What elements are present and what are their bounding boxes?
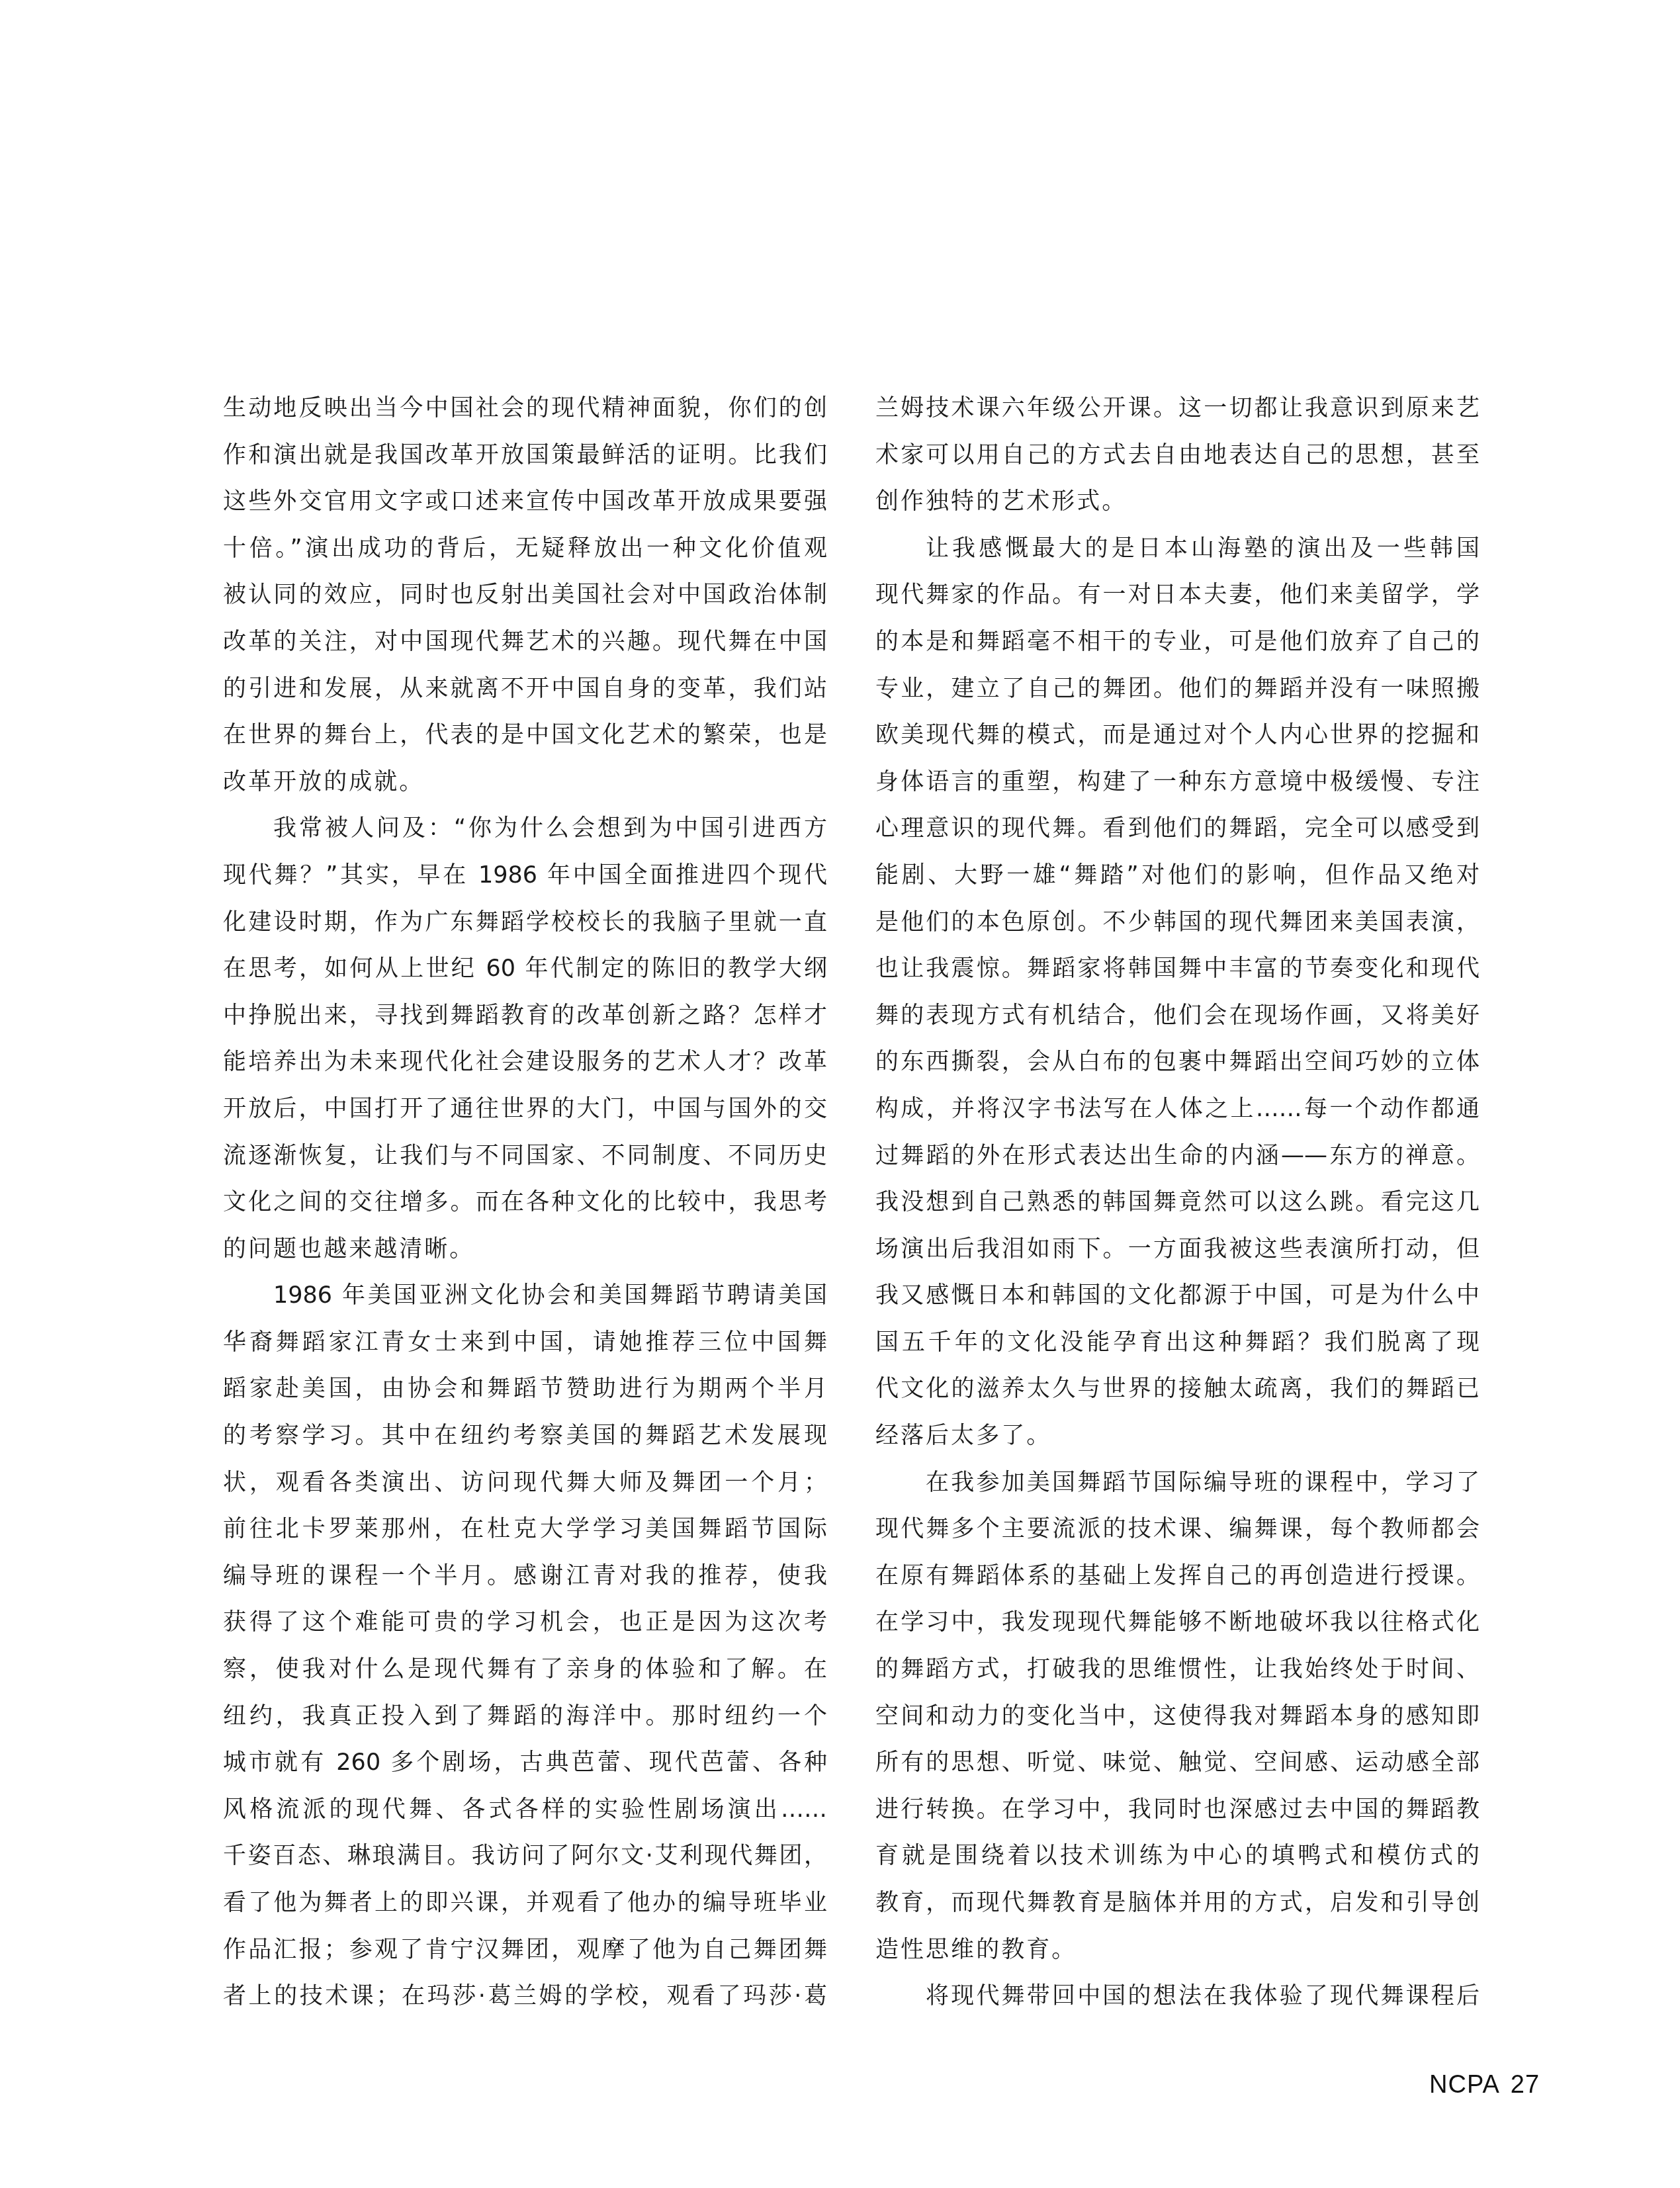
text-line: 过舞蹈的外在形式表达出生命的内涵——东方的禅意。	[875, 1133, 1480, 1180]
text-line: 流逐渐恢复，让我们与不同国家、不同制度、不同历史	[223, 1133, 827, 1180]
publication-name: NCPA	[1429, 2071, 1500, 2099]
text-line: 空间和动力的变化当中，这使得我对舞蹈本身的感知即	[875, 1693, 1480, 1740]
text-line: 的引进和发展，从来就离不开中国自身的变革，我们站	[223, 666, 827, 713]
text-line: 能剧、大野一雄“舞踏”对他们的影响，但作品又绝对	[875, 852, 1480, 899]
text-line: 的舞蹈方式，打破我的思维惯性，让我始终处于时间、	[875, 1646, 1480, 1693]
page-footer: NCPA27	[1429, 2071, 1540, 2099]
text-line: 编导班的课程一个半月。感谢江青对我的推荐，使我	[223, 1553, 827, 1600]
text-line: 国五千年的文化没能孕育出这种舞蹈？我们脱离了现	[875, 1319, 1480, 1366]
text-line: 化建设时期，作为广东舞蹈学校校长的我脑子里就一直	[223, 899, 827, 946]
text-line: 心理意识的现代舞。看到他们的舞蹈，完全可以感受到	[875, 805, 1480, 852]
text-line: 专业，建立了自己的舞团。他们的舞蹈并没有一味照搬	[875, 666, 1480, 713]
text-line: 现代舞家的作品。有一对日本夫妻，他们来美留学，学	[875, 572, 1480, 619]
text-line: 1986 年美国亚洲文化协会和美国舞蹈节聘请美国	[223, 1272, 827, 1319]
article-column-left: 生动地反映出当今中国社会的现代精神面貌，你们的创作和演出就是我国改革开放国策最鲜…	[223, 385, 827, 2020]
text-line: 代文化的滋养太久与世界的接触太疏离，我们的舞蹈已	[875, 1366, 1480, 1413]
text-line: 在世界的舞台上，代表的是中国文化艺术的繁荣，也是	[223, 712, 827, 759]
text-line: 城市就有 260 多个剧场，古典芭蕾、现代芭蕾、各种	[223, 1739, 827, 1786]
text-line: 创作独特的艺术形式。	[875, 478, 1480, 525]
text-line: 造性思维的教育。	[875, 1927, 1480, 1974]
text-line: 能培养出为未来现代化社会建设服务的艺术人才？改革	[223, 1039, 827, 1086]
text-line: 的问题也越来越清晰。	[223, 1226, 827, 1273]
text-line: 开放后，中国打开了通往世界的大门，中国与国外的交	[223, 1086, 827, 1133]
text-line: 身体语言的重塑，构建了一种东方意境中极缓慢、专注	[875, 759, 1480, 806]
text-line: 千姿百态、琳琅满目。我访问了阿尔文·艾利现代舞团，	[223, 1833, 827, 1880]
text-line: 将现代舞带回中国的想法在我体验了现代舞课程后	[875, 1973, 1480, 2020]
text-line: 作品汇报；参观了肯宁汉舞团，观摩了他为自己舞团舞	[223, 1927, 827, 1974]
text-line: 场演出后我泪如雨下。一方面我被这些表演所打动，但	[875, 1226, 1480, 1273]
text-line: 的考察学习。其中在纽约考察美国的舞蹈艺术发展现	[223, 1413, 827, 1460]
text-line: 的本是和舞蹈毫不相干的专业，可是他们放弃了自己的	[875, 619, 1480, 666]
text-line: 育就是围绕着以技术训练为中心的填鸭式和模仿式的	[875, 1833, 1480, 1880]
text-line: 作和演出就是我国改革开放国策最鲜活的证明。比我们	[223, 432, 827, 479]
text-line: 文化之间的交往增多。而在各种文化的比较中，我思考	[223, 1179, 827, 1226]
text-line: 经落后太多了。	[875, 1413, 1480, 1460]
text-line: 我又感慨日本和韩国的文化都源于中国，可是为什么中	[875, 1272, 1480, 1319]
text-line: 所有的思想、听觉、味觉、触觉、空间感、运动感全部	[875, 1739, 1480, 1786]
text-line: 现代舞？”其实，早在 1986 年中国全面推进四个现代	[223, 852, 827, 899]
text-line: 让我感慨最大的是日本山海塾的演出及一些韩国	[875, 525, 1480, 572]
text-line: 看了他为舞者上的即兴课，并观看了他办的编导班毕业	[223, 1880, 827, 1927]
text-line: 改革开放的成就。	[223, 759, 827, 806]
text-line: 在原有舞蹈体系的基础上发挥自己的再创造进行授课。	[875, 1553, 1480, 1600]
text-line: 风格流派的现代舞、各式各样的实验性剧场演出……	[223, 1786, 827, 1833]
text-line: 在我参加美国舞蹈节国际编导班的课程中，学习了	[875, 1460, 1480, 1507]
text-line: 是他们的本色原创。不少韩国的现代舞团来美国表演，	[875, 899, 1480, 946]
text-line: 状，观看各类演出、访问现代舞大师及舞团一个月；	[223, 1460, 827, 1507]
text-line: 前往北卡罗莱那州，在杜克大学学习美国舞蹈节国际	[223, 1506, 827, 1553]
text-line: 构成，并将汉字书法写在人体之上……每一个动作都通	[875, 1086, 1480, 1133]
text-line: 华裔舞蹈家江青女士来到中国，请她推荐三位中国舞	[223, 1319, 827, 1366]
text-line: 我没想到自己熟悉的韩国舞竟然可以这么跳。看完这几	[875, 1179, 1480, 1226]
text-line: 察，使我对什么是现代舞有了亲身的体验和了解。在	[223, 1646, 827, 1693]
text-line: 这些外交官用文字或口述来宣传中国改革开放成果要强	[223, 478, 827, 525]
text-line: 舞的表现方式有机结合，他们会在现场作画，又将美好	[875, 992, 1480, 1039]
text-line: 蹈家赴美国，由协会和舞蹈节赞助进行为期两个半月	[223, 1366, 827, 1413]
text-line: 生动地反映出当今中国社会的现代精神面貌，你们的创	[223, 385, 827, 432]
text-line: 在思考，如何从上世纪 60 年代制定的陈旧的教学大纲	[223, 945, 827, 992]
text-line: 中挣脱出来，寻找到舞蹈教育的改革创新之路？怎样才	[223, 992, 827, 1039]
text-line: 兰姆技术课六年级公开课。这一切都让我意识到原来艺	[875, 385, 1480, 432]
text-line: 被认同的效应，同时也反射出美国社会对中国政治体制	[223, 572, 827, 619]
text-line: 十倍。”演出成功的背后，无疑释放出一种文化价值观	[223, 525, 827, 572]
text-line: 进行转换。在学习中，我同时也深感过去中国的舞蹈教	[875, 1786, 1480, 1833]
text-line: 在学习中，我发现现代舞能够不断地破坏我以往格式化	[875, 1599, 1480, 1646]
text-line: 的东西撕裂，会从白布的包裹中舞蹈出空间巧妙的立体	[875, 1039, 1480, 1086]
text-line: 教育，而现代舞教育是脑体并用的方式，启发和引导创	[875, 1880, 1480, 1927]
text-line: 现代舞多个主要流派的技术课、编舞课，每个教师都会	[875, 1506, 1480, 1553]
text-line: 我常被人问及：“你为什么会想到为中国引进西方	[223, 805, 827, 852]
text-line: 获得了这个难能可贵的学习机会，也正是因为这次考	[223, 1599, 827, 1646]
text-line: 改革的关注，对中国现代舞艺术的兴趣。现代舞在中国	[223, 619, 827, 666]
article-column-right: 兰姆技术课六年级公开课。这一切都让我意识到原来艺术家可以用自己的方式去自由地表达…	[875, 385, 1480, 2020]
text-line: 欧美现代舞的模式，而是通过对个人内心世界的挖掘和	[875, 712, 1480, 759]
text-line: 纽约，我真正投入到了舞蹈的海洋中。那时纽约一个	[223, 1693, 827, 1740]
text-line: 也让我震惊。舞蹈家将韩国舞中丰富的节奏变化和现代	[875, 945, 1480, 992]
text-line: 术家可以用自己的方式去自由地表达自己的思想，甚至	[875, 432, 1480, 479]
text-line: 者上的技术课；在玛莎·葛兰姆的学校，观看了玛莎·葛	[223, 1973, 827, 2020]
page-number: 27	[1511, 2071, 1540, 2099]
